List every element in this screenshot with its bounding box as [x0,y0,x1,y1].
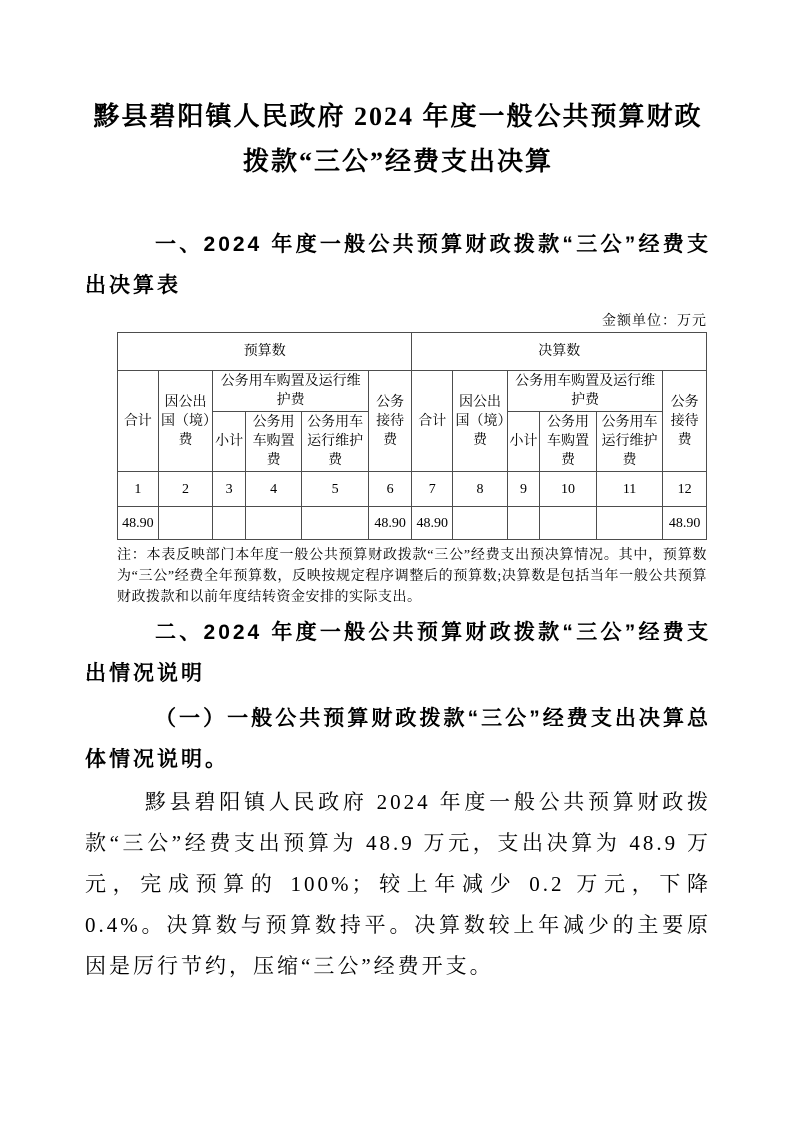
group-header-budget: 预算数 [118,333,412,371]
table-row: 合计 因公出国（境）费 公务用车购置及运行维护费 公务接待费 合计 因公出国（境… [118,371,707,412]
col-header-maintenance-final: 公务用车运行维护费 [596,412,663,472]
budget-table-block: 金额单位：万元 预算数 决算数 合计 因公出国（境）费 公务用车购置及运行维护费… [117,312,707,608]
column-number-cell: 10 [540,472,597,507]
value-cell-final-purchase [540,507,597,540]
column-number-cell: 12 [663,472,707,507]
value-cell-final-abroad [453,507,508,540]
value-cell-budget-total: 48.90 [118,507,159,540]
value-cell-final-subtotal [507,507,539,540]
value-cell-final-reception: 48.90 [663,507,707,540]
col-header-vehicle-group-final: 公务用车购置及运行维护费 [507,371,662,412]
col-header-reception-final: 公务接待费 [663,371,707,472]
amount-unit-note: 金额单位：万元 [117,312,707,332]
table-footnote: 注：本表反映部门本年度一般公共预算财政拨款“三公”经费支出预决算情况。其中，预算… [117,545,707,608]
document-title: 黟县碧阳镇人民政府 2024 年度一般公共预算财政拨款“三公”经费支出决算 [85,94,711,184]
column-number-cell: 7 [412,472,453,507]
value-row: 48.90 48.90 48.90 48.90 [118,507,707,540]
group-header-final: 决算数 [412,333,707,371]
column-number-cell: 5 [302,472,369,507]
col-header-maintenance-budget: 公务用车运行维护费 [302,412,369,472]
value-cell-final-total: 48.90 [412,507,453,540]
column-number-row: 1 2 3 4 5 6 7 8 9 10 11 12 [118,472,707,507]
section2-paragraph: 黟县碧阳镇人民政府 2024 年度一般公共预算财政拨款“三公”经费支出预算为 4… [85,782,711,987]
col-header-total-budget: 合计 [118,371,159,472]
column-number-cell: 11 [596,472,663,507]
col-header-abroad-final: 因公出国（境）费 [453,371,508,472]
section2-sub1-heading: （一）一般公共预算财政拨款“三公”经费支出决算总体情况说明。 [85,698,711,780]
value-cell-budget-purchase [245,507,302,540]
section1-heading: 一、2024 年度一般公共预算财政拨款“三公”经费支出决算表 [85,224,711,306]
value-cell-budget-abroad [158,507,213,540]
value-cell-budget-reception: 48.90 [368,507,412,540]
section2-heading: 二、2024 年度一般公共预算财政拨款“三公”经费支出情况说明 [85,612,711,694]
column-number-cell: 8 [453,472,508,507]
column-number-cell: 6 [368,472,412,507]
col-header-total-final: 合计 [412,371,453,472]
col-header-purchase-final: 公务用车购置费 [540,412,597,472]
value-cell-budget-subtotal [213,507,245,540]
value-cell-budget-maintenance [302,507,369,540]
value-cell-final-maintenance [596,507,663,540]
col-header-vehicle-group-budget: 公务用车购置及运行维护费 [213,371,368,412]
column-number-cell: 4 [245,472,302,507]
sangong-expense-table: 预算数 决算数 合计 因公出国（境）费 公务用车购置及运行维护费 公务接待费 合… [117,332,707,540]
column-number-cell: 2 [158,472,213,507]
col-header-subtotal-final: 小计 [507,412,539,472]
col-header-subtotal-budget: 小计 [213,412,245,472]
col-header-abroad-budget: 因公出国（境）费 [158,371,213,472]
table-row: 预算数 决算数 [118,333,707,371]
column-number-cell: 3 [213,472,245,507]
document-page: 黟县碧阳镇人民政府 2024 年度一般公共预算财政拨款“三公”经费支出决算 一、… [0,0,793,1122]
col-header-purchase-budget: 公务用车购置费 [245,412,302,472]
column-number-cell: 9 [507,472,539,507]
column-number-cell: 1 [118,472,159,507]
col-header-reception-budget: 公务接待费 [368,371,412,472]
